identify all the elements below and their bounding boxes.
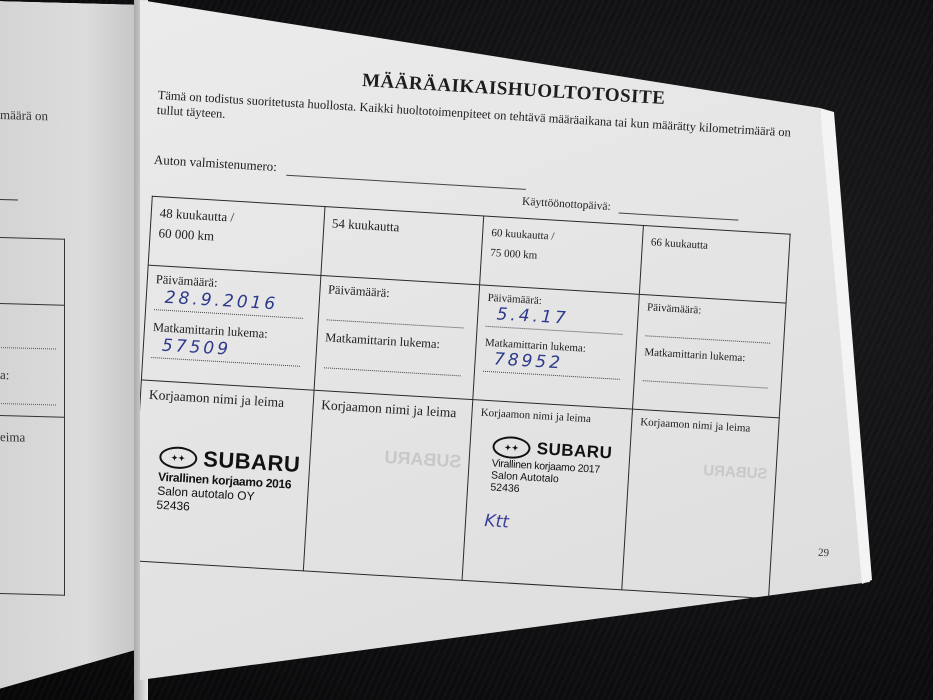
service-record-66: Päivämäärä: Matkamittarin lukema: (633, 294, 787, 418)
workshop-cell-60: Korjaamon nimi ja leima ✦✦ SUBARU Virall… (462, 400, 632, 590)
service-record-54: Päivämäärä: Matkamittarin lukema: (314, 275, 480, 399)
subaru-logo-icon: ✦✦ (492, 435, 531, 459)
workshop-cell-54: Korjaamon nimi ja leima SUBARU (303, 390, 473, 580)
workshop-label: Korjaamon nimi ja leima (640, 416, 770, 436)
interval-cell-60: 60 kuukautta / 75 000 km (480, 216, 644, 294)
left-page-line (0, 198, 18, 201)
vin-label: Auton valmistenumero: (153, 152, 277, 175)
signature: Ktt (484, 511, 618, 539)
workshop-row: Korjaamon nimi ja leima ✦✦ SUBARU Virall… (131, 380, 780, 599)
service-record-60: Päivämäärä: 5.4.17 Matkamittarin lukema:… (473, 285, 639, 409)
interval-cell-48: 48 kuukautta / 60 000 km (148, 196, 324, 275)
workshop-label: Korjaamon nimi ja leima (480, 407, 623, 427)
subaru-logo-icon: ✦✦ (159, 446, 198, 470)
interval-cell-54: 54 kuukautta (320, 207, 484, 285)
left-page-fragment: a: (0, 367, 9, 383)
workshop-stamp: ✦✦ SUBARU Virallinen korjaamo 2017 Salon… (490, 435, 622, 501)
workshop-cell-66: Korjaamon nimi ja leima SUBARU (622, 409, 779, 598)
bleed-through-stamp: SUBARU (637, 458, 768, 483)
service-certificate: MÄÄRÄAIKAISHUOLTOTOSITE Tämä on todistus… (130, 58, 809, 600)
workshop-label: Korjaamon nimi ja leima (149, 387, 305, 412)
left-page: määrä on a: eima (0, 0, 140, 700)
commission-date-input-line[interactable] (618, 202, 738, 220)
workshop-stamp: ✦✦ SUBARU Virallinen korjaamo 2016 Salon… (156, 444, 301, 520)
workshop-label: Korjaamon nimi ja leima (321, 397, 464, 421)
interval-cell-66: 66 kuukautta (639, 225, 790, 303)
commission-date-label: Käyttöönottopäivä: (522, 196, 611, 213)
left-page-fragment: määrä on (0, 107, 48, 124)
service-record-48: Päivämäärä: 28.9.2016 Matkamittarin luke… (141, 265, 320, 390)
vin-field: Auton valmistenumero: (153, 152, 803, 207)
bleed-through-stamp: SUBARU (318, 443, 462, 472)
vin-input-line[interactable] (286, 163, 526, 190)
left-page-fragment: eima (0, 429, 25, 446)
service-table: 48 kuukautta / 60 000 km 54 kuukautta 60… (130, 196, 791, 599)
workshop-cell-48: Korjaamon nimi ja leima ✦✦ SUBARU Virall… (131, 380, 314, 571)
page-number: 29 (818, 547, 830, 560)
